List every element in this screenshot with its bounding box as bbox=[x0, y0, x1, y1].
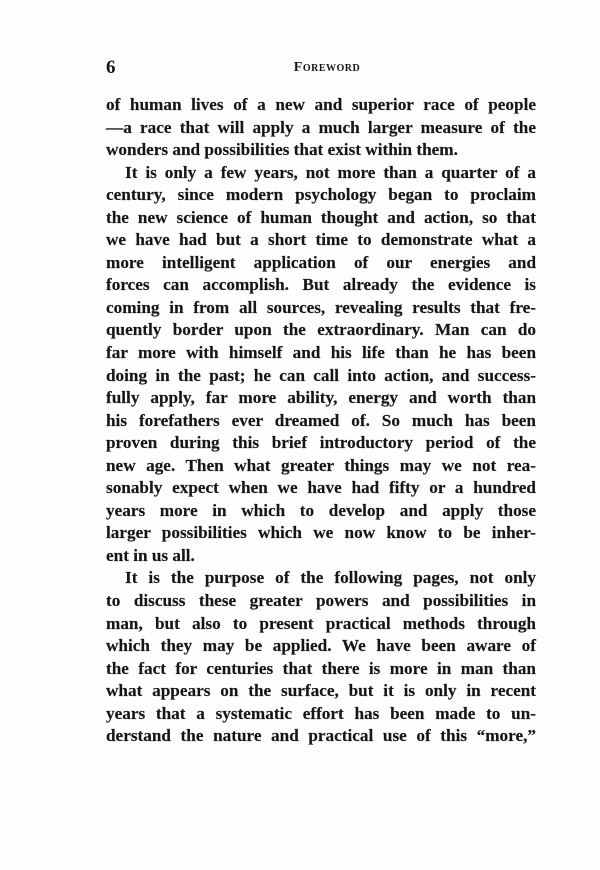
text-line: the new science of human thought and act… bbox=[106, 207, 536, 230]
text-line: the fact for centuries that there is mor… bbox=[106, 658, 536, 681]
text-line: to discuss these greater powers and poss… bbox=[106, 590, 536, 613]
text-line: century, since modern psychology began t… bbox=[106, 184, 536, 207]
text-line: what appears on the surface, but it is o… bbox=[106, 680, 536, 703]
running-head: 6 Foreword bbox=[106, 56, 536, 80]
book-page: 6 Foreword of human lives of a new and s… bbox=[0, 0, 600, 870]
text-line: fully apply, far more ability, energy an… bbox=[106, 387, 536, 410]
text-line: far more with himself and his life than … bbox=[106, 342, 536, 365]
paragraph-1: of human lives of a new and superior rac… bbox=[106, 94, 536, 162]
paragraph-2: It is only a few years, not more than a … bbox=[106, 162, 536, 568]
text-line: years more in which to develop and apply… bbox=[106, 500, 536, 523]
section-title: Foreword bbox=[106, 56, 536, 80]
text-line: doing in the past; he can call into acti… bbox=[106, 365, 536, 388]
text-line: derstand the nature and practical use of… bbox=[106, 725, 536, 748]
text-line: larger possibilities which we now know t… bbox=[106, 522, 536, 545]
text-line: It is only a few years, not more than a … bbox=[106, 162, 536, 185]
text-line: —a race that will apply a much larger me… bbox=[106, 117, 536, 140]
text-line: quently border upon the extraordinary. M… bbox=[106, 319, 536, 342]
paragraph-3: It is the purpose of the following pages… bbox=[106, 567, 536, 747]
text-line: wonders and possibilities that exist wit… bbox=[106, 139, 536, 162]
text-line: forces can accomplish. But already the e… bbox=[106, 274, 536, 297]
text-line: coming in from all sources, revealing re… bbox=[106, 297, 536, 320]
text-line: It is the purpose of the following pages… bbox=[106, 567, 536, 590]
text-line: more intelligent application of our ener… bbox=[106, 252, 536, 275]
text-line: years that a systematic effort has been … bbox=[106, 703, 536, 726]
text-line: which they may be applied. We have been … bbox=[106, 635, 536, 658]
text-line: ent in us all. bbox=[106, 545, 536, 568]
text-line: new age. Then what greater things may we… bbox=[106, 455, 536, 478]
text-line: man, but also to present practical metho… bbox=[106, 613, 536, 636]
text-line: we have had but a short time to demonstr… bbox=[106, 229, 536, 252]
text-line: his forefathers ever dreamed of. So much… bbox=[106, 410, 536, 433]
body-text: of human lives of a new and superior rac… bbox=[106, 94, 536, 748]
text-line: sonably expect when we have had fifty or… bbox=[106, 477, 536, 500]
text-line: proven during this brief introductory pe… bbox=[106, 432, 536, 455]
text-line: of human lives of a new and superior rac… bbox=[106, 94, 536, 117]
